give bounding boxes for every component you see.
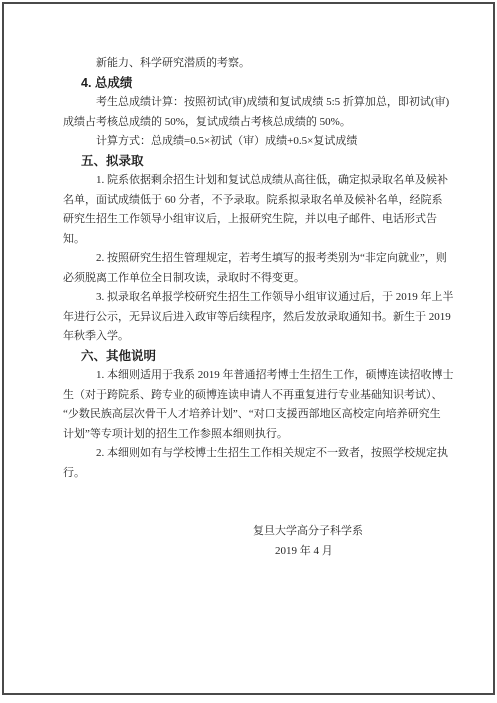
document-body: 新能力、科学研究潜质的考察。 4. 总成绩 考生总成绩计算：按照初试(审)成绩和…	[63, 54, 455, 561]
heading-other-notes: 六、其他说明	[63, 347, 455, 367]
paragraph-admission-item-3: 3. 拟录取名单报学校研究生招生工作领导小组审议通过后，于 2019 年上半 年…	[63, 288, 455, 347]
paragraph-score-calculation: 考生总成绩计算：按照初试(审)成绩和复试成绩 5:5 折算加总，即初试(审) 成…	[63, 93, 455, 132]
signature-date: 2019 年 4 月	[63, 542, 455, 562]
paragraph-admission-item-2: 2. 按照研究生招生管理规定，若考生填写的报考类别为“非定向就业”，则 必须脱离…	[63, 249, 455, 288]
paragraph-score-formula: 计算方式：总成绩=0.5×初试（审）成绩+0.5×复试成绩	[63, 132, 455, 152]
heading-total-score: 4. 总成绩	[63, 74, 455, 94]
heading-proposed-admission: 五、拟录取	[63, 152, 455, 172]
paragraph-admission-item-1: 1. 院系依据剩余招生计划和复试总成绩从高往低，确定拟录取名单及候补 名单，面试…	[63, 171, 455, 249]
signature-organization: 复旦大学高分子科学系	[63, 522, 455, 542]
paragraph-notes-item-2: 2. 本细则如有与学校博士生招生工作相关规定不一致者，按照学校规定执行。	[63, 444, 455, 483]
paragraph-intro-tail: 新能力、科学研究潜质的考察。	[63, 54, 455, 74]
paragraph-notes-item-1: 1. 本细则适用于我系 2019 年普通招考博士生招生工作，硕博连读招收博士 生…	[63, 366, 455, 444]
